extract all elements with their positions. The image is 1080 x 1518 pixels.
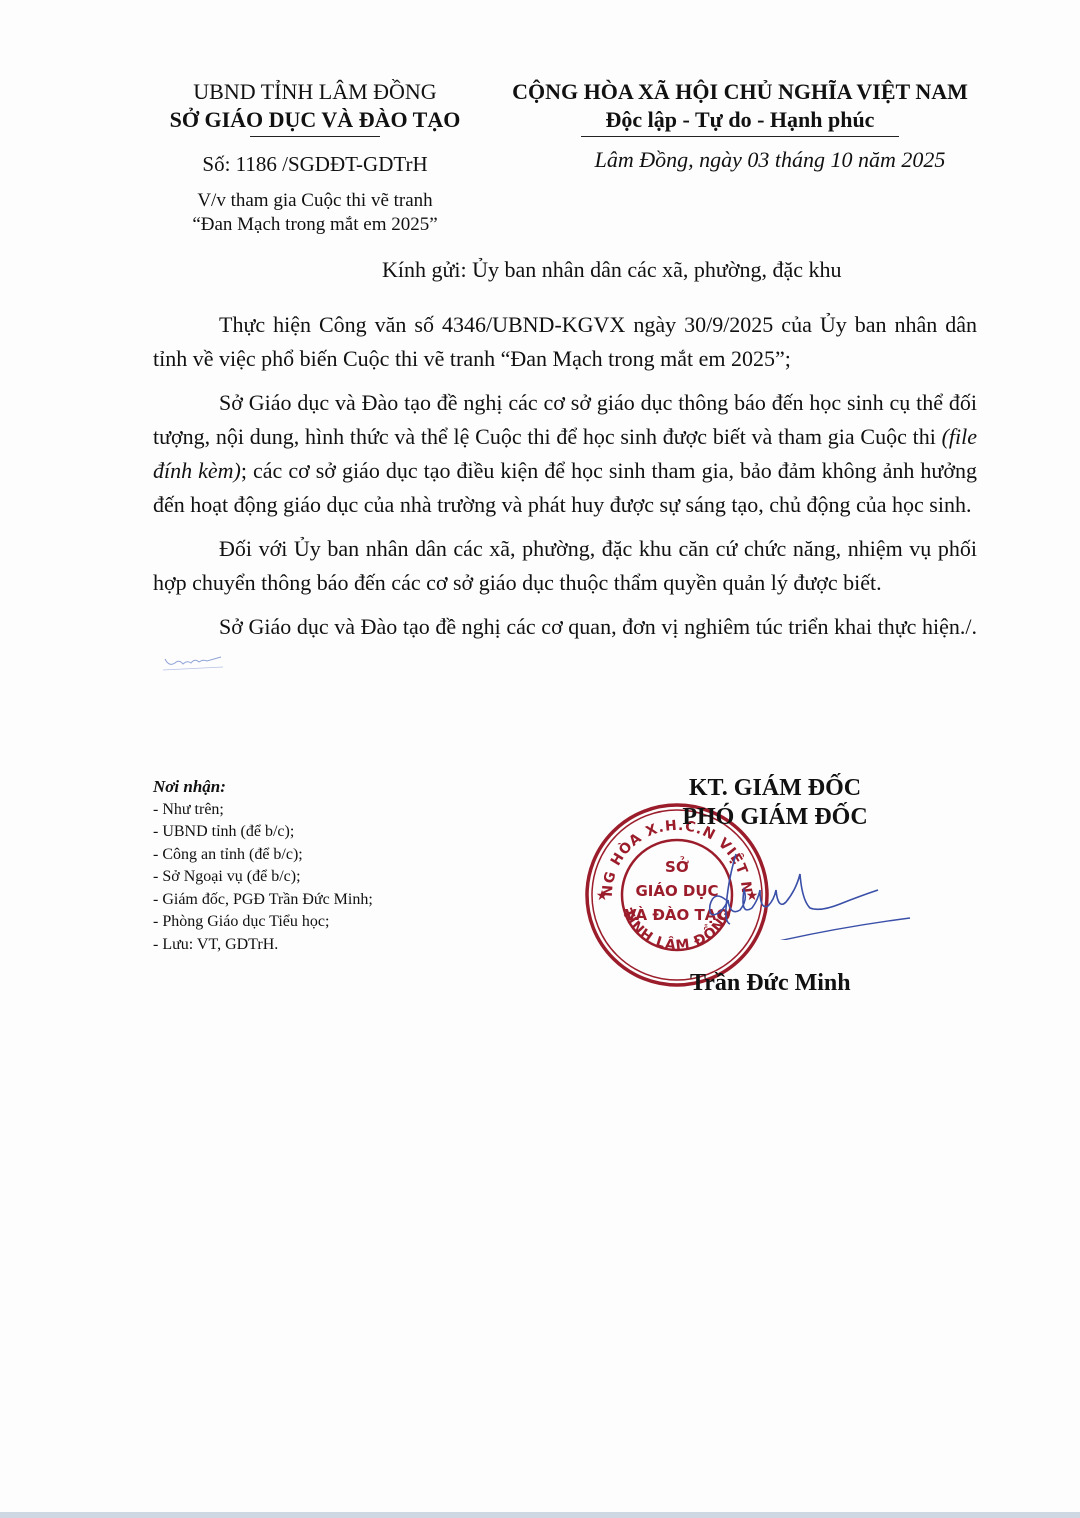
recipient-line: Kính gửi: Ủy ban nhân dân các xã, phường… <box>382 256 841 284</box>
recipients-title: Nơi nhận: <box>153 776 373 799</box>
document-page: UBND TỈNH LÂM ĐỒNG SỞ GIÁO DỤC VÀ ĐÀO TẠ… <box>0 0 1080 1512</box>
country-name: CỘNG HÒA XÃ HỘI CHỦ NGHĨA VIỆT NAM <box>490 78 990 106</box>
signature-title-1: KT. GIÁM ĐỐC <box>620 774 930 803</box>
recipient-item: - Phòng Giáo dục Tiểu học; <box>153 911 373 934</box>
national-motto: Độc lập - Tự do - Hạnh phúc <box>490 106 990 134</box>
svg-text:SỞ: SỞ <box>665 855 689 876</box>
body-paragraph-4: Sở Giáo dục và Đào tạo đề nghị các cơ qu… <box>153 610 977 678</box>
recipient-item: - Sở Ngoại vụ (để b/c); <box>153 866 373 889</box>
document-body: Thực hiện Công văn số 4346/UBND-KGVX ngà… <box>153 308 977 678</box>
header-left: UBND TỈNH LÂM ĐỒNG SỞ GIÁO DỤC VÀ ĐÀO TẠ… <box>140 78 490 237</box>
body-paragraph-2: Sở Giáo dục và Đào tạo đề nghị các cơ sở… <box>153 386 977 522</box>
recipient-item: - Lưu: VT, GDTrH. <box>153 934 373 957</box>
signature-block: KT. GIÁM ĐỐC PHÓ GIÁM ĐỐC <box>620 774 930 832</box>
authority-name: UBND TỈNH LÂM ĐỒNG <box>140 78 490 106</box>
subject-line-2: “Đan Mạch trong mắt em 2025” <box>140 213 490 237</box>
recipient-item: - Công an tỉnh (để b/c); <box>153 844 373 867</box>
motto-underline <box>581 136 899 137</box>
body-paragraph-1: Thực hiện Công văn số 4346/UBND-KGVX ngà… <box>153 308 977 376</box>
document-number: Số: 1186 /SGDĐT-GDTrH <box>140 151 490 177</box>
document-subject: V/v tham gia Cuộc thi vẽ tranh “Đan Mạch… <box>140 189 490 237</box>
document-date: Lâm Đồng, ngày 03 tháng 10 năm 2025 <box>490 145 990 175</box>
handwritten-signature-icon <box>700 850 915 940</box>
recipient-item: - Giám đốc, PGĐ Trần Đức Minh; <box>153 889 373 912</box>
paragraph-2-text: Sở Giáo dục và Đào tạo đề nghị các cơ sở… <box>153 390 977 449</box>
recipient-item: - Như trên; <box>153 799 373 822</box>
signature-title-2: PHÓ GIÁM ĐỐC <box>620 803 930 832</box>
recipients-list: Nơi nhận: - Như trên; - UBND tỉnh (để b/… <box>153 776 373 956</box>
subject-line-1: V/v tham gia Cuộc thi vẽ tranh <box>140 189 490 213</box>
svg-text:★: ★ <box>596 888 609 904</box>
department-underline <box>250 136 380 137</box>
recipient-item: - UBND tỉnh (để b/c); <box>153 821 373 844</box>
paragraph-4-text: Sở Giáo dục và Đào tạo đề nghị các cơ qu… <box>219 614 977 639</box>
body-paragraph-3: Đối với Ủy ban nhân dân các xã, phường, … <box>153 532 977 600</box>
department-name: SỞ GIÁO DỤC VÀ ĐÀO TẠO <box>140 106 490 134</box>
header-right: CỘNG HÒA XÃ HỘI CHỦ NGHĨA VIỆT NAM Độc l… <box>490 78 990 175</box>
signer-name: Trần Đức Minh <box>690 970 851 997</box>
paragraph-2-text-cont: ; các cơ sở giáo dục tạo điều kiện để họ… <box>153 458 977 517</box>
bottom-divider <box>0 1512 1080 1518</box>
initials-signature-icon <box>161 653 225 673</box>
